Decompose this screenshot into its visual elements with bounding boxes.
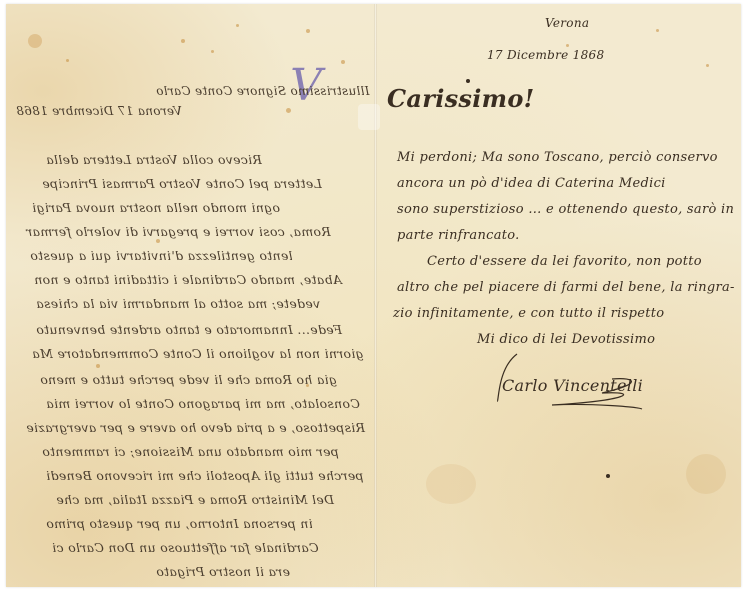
right-page: Verona 17 Dicembre 1868 Carissimo! Mi pe…: [377, 4, 741, 587]
left-heading-line: Illustrissimo Signore Conte Carlo: [156, 84, 370, 98]
letter-date: 17 Dicembre 1868: [487, 48, 604, 62]
letter-sheet: V Illustrissimo Signore Conte Carlo Vero…: [6, 4, 741, 587]
left-body-line: Fede... Innamorato e tanto ardente benve…: [36, 322, 342, 337]
left-heading-line: Verona 17 Dicembre 1868: [16, 104, 182, 118]
letter-body-line: zio infinitamente, e con tutto il rispet…: [393, 306, 664, 321]
left-body-line: Del Ministro Roma e Piazza Italia, ma ch…: [56, 492, 334, 507]
letter-body-line: parte rinfrancato.: [397, 228, 520, 243]
left-body-line: Abate, mando Cardinale i cittadini tanto…: [34, 272, 342, 287]
left-body-line: in persona Intorno, un per questo primo: [46, 516, 313, 531]
signature-flourish: [497, 349, 667, 429]
left-body-line: Rispettoso, e a pria devo ho avere e per…: [26, 420, 365, 435]
left-body-line: Consolato, ma mi paragono Conte lo vorre…: [46, 396, 360, 411]
left-body-line: perche tutti gli Apostoli che mi ricevon…: [46, 468, 364, 483]
left-page: V Illustrissimo Signore Conte Carlo Vero…: [6, 4, 374, 587]
letter-body-line: ancora un pò d'idea di Caterina Medici: [397, 176, 666, 191]
left-body-line: Roma, cosi vorrei e pregarvi di volerlo …: [26, 224, 331, 239]
letter-place: Verona: [545, 16, 589, 30]
left-body-line: era il nostro Prigato: [156, 564, 290, 579]
letter-closing: Mi dico di lei Devotissimo: [477, 332, 655, 347]
left-body-line: Lettera pel Conte Vostro Parmasi Princip…: [42, 176, 322, 191]
left-body-line: Ricevo colla Vostra Lettera della: [46, 152, 262, 167]
letter-body-line: Mi perdoni; Ma sono Toscano, perciò cons…: [397, 150, 718, 165]
letter-salutation: Carissimo!: [387, 84, 535, 113]
letter-body-line: sono superstizioso ... e ottenendo quest…: [397, 202, 734, 217]
left-body-line: giorni non la vogliono il Conte Commenda…: [32, 346, 364, 361]
left-body-line: vedete; ma sotto al mandarmi via la chie…: [36, 296, 320, 311]
left-body-line: Cardinale far affettuoso un Don Carlo ci: [52, 540, 319, 555]
left-body-line: gia ho Roma che li vede perche tutto e m…: [40, 372, 337, 387]
letter-body-line: altro che pel piacere di farmi del bene,…: [397, 280, 735, 295]
left-body-line: lento gentilezza d'invitarvi qui a quest…: [30, 248, 293, 263]
left-body-line: ogni mondo nella nostra nuova Parigi: [32, 200, 280, 215]
letter-body-line: Certo d'essere da lei favorito, non pott…: [427, 254, 702, 269]
left-body-line: per mio mandato una Missione; ci ramment…: [42, 444, 339, 459]
